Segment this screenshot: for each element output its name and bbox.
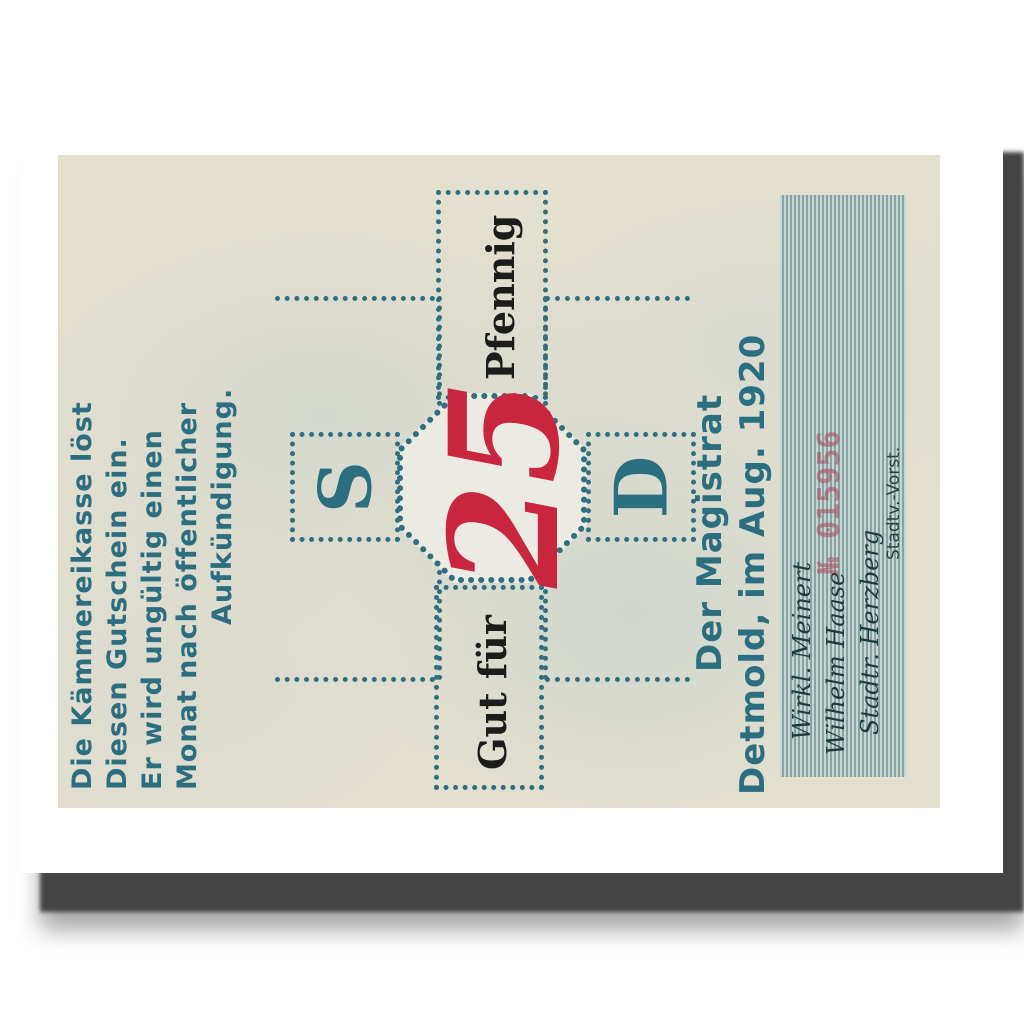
redemption-text-line-3: Er wird ungültig einen	[136, 429, 169, 790]
denomination-value: 25	[430, 379, 580, 588]
dotted-line	[275, 296, 435, 301]
signature-line-3: Stadtr. Herzberg	[856, 530, 884, 735]
redemption-text-line-5: Aufkündigung.	[206, 388, 239, 625]
redemption-text-line-4: Monat nach öffentlicher	[171, 402, 204, 790]
emblem-right: D	[586, 432, 696, 542]
dotted-line	[545, 677, 690, 682]
signatory-title: Stadtv.-Vorst.	[884, 447, 904, 560]
redemption-text-line-1: Die Kämmereikasse löst	[66, 401, 99, 790]
monogram-d-icon: D	[599, 456, 684, 518]
signature-line-2: Wilhelm Haase	[822, 572, 850, 755]
signature-line-1: Wirkl. Meinert	[788, 562, 816, 740]
issue-place-date: Detmold, im Aug. 1920	[733, 334, 773, 795]
dotted-line	[545, 296, 690, 301]
issuer-title: Der Magistrat	[690, 394, 730, 672]
redemption-text-line-2: Diesen Gutschein ein.	[101, 437, 134, 790]
gut-fuer-label: Gut für	[470, 615, 515, 770]
emblem-left: S	[290, 432, 400, 542]
serial-number: № 015956	[812, 431, 847, 576]
dotted-line	[275, 677, 435, 682]
pfennig-label: Pfennig	[478, 215, 523, 380]
monogram-s-icon: S	[303, 461, 388, 513]
